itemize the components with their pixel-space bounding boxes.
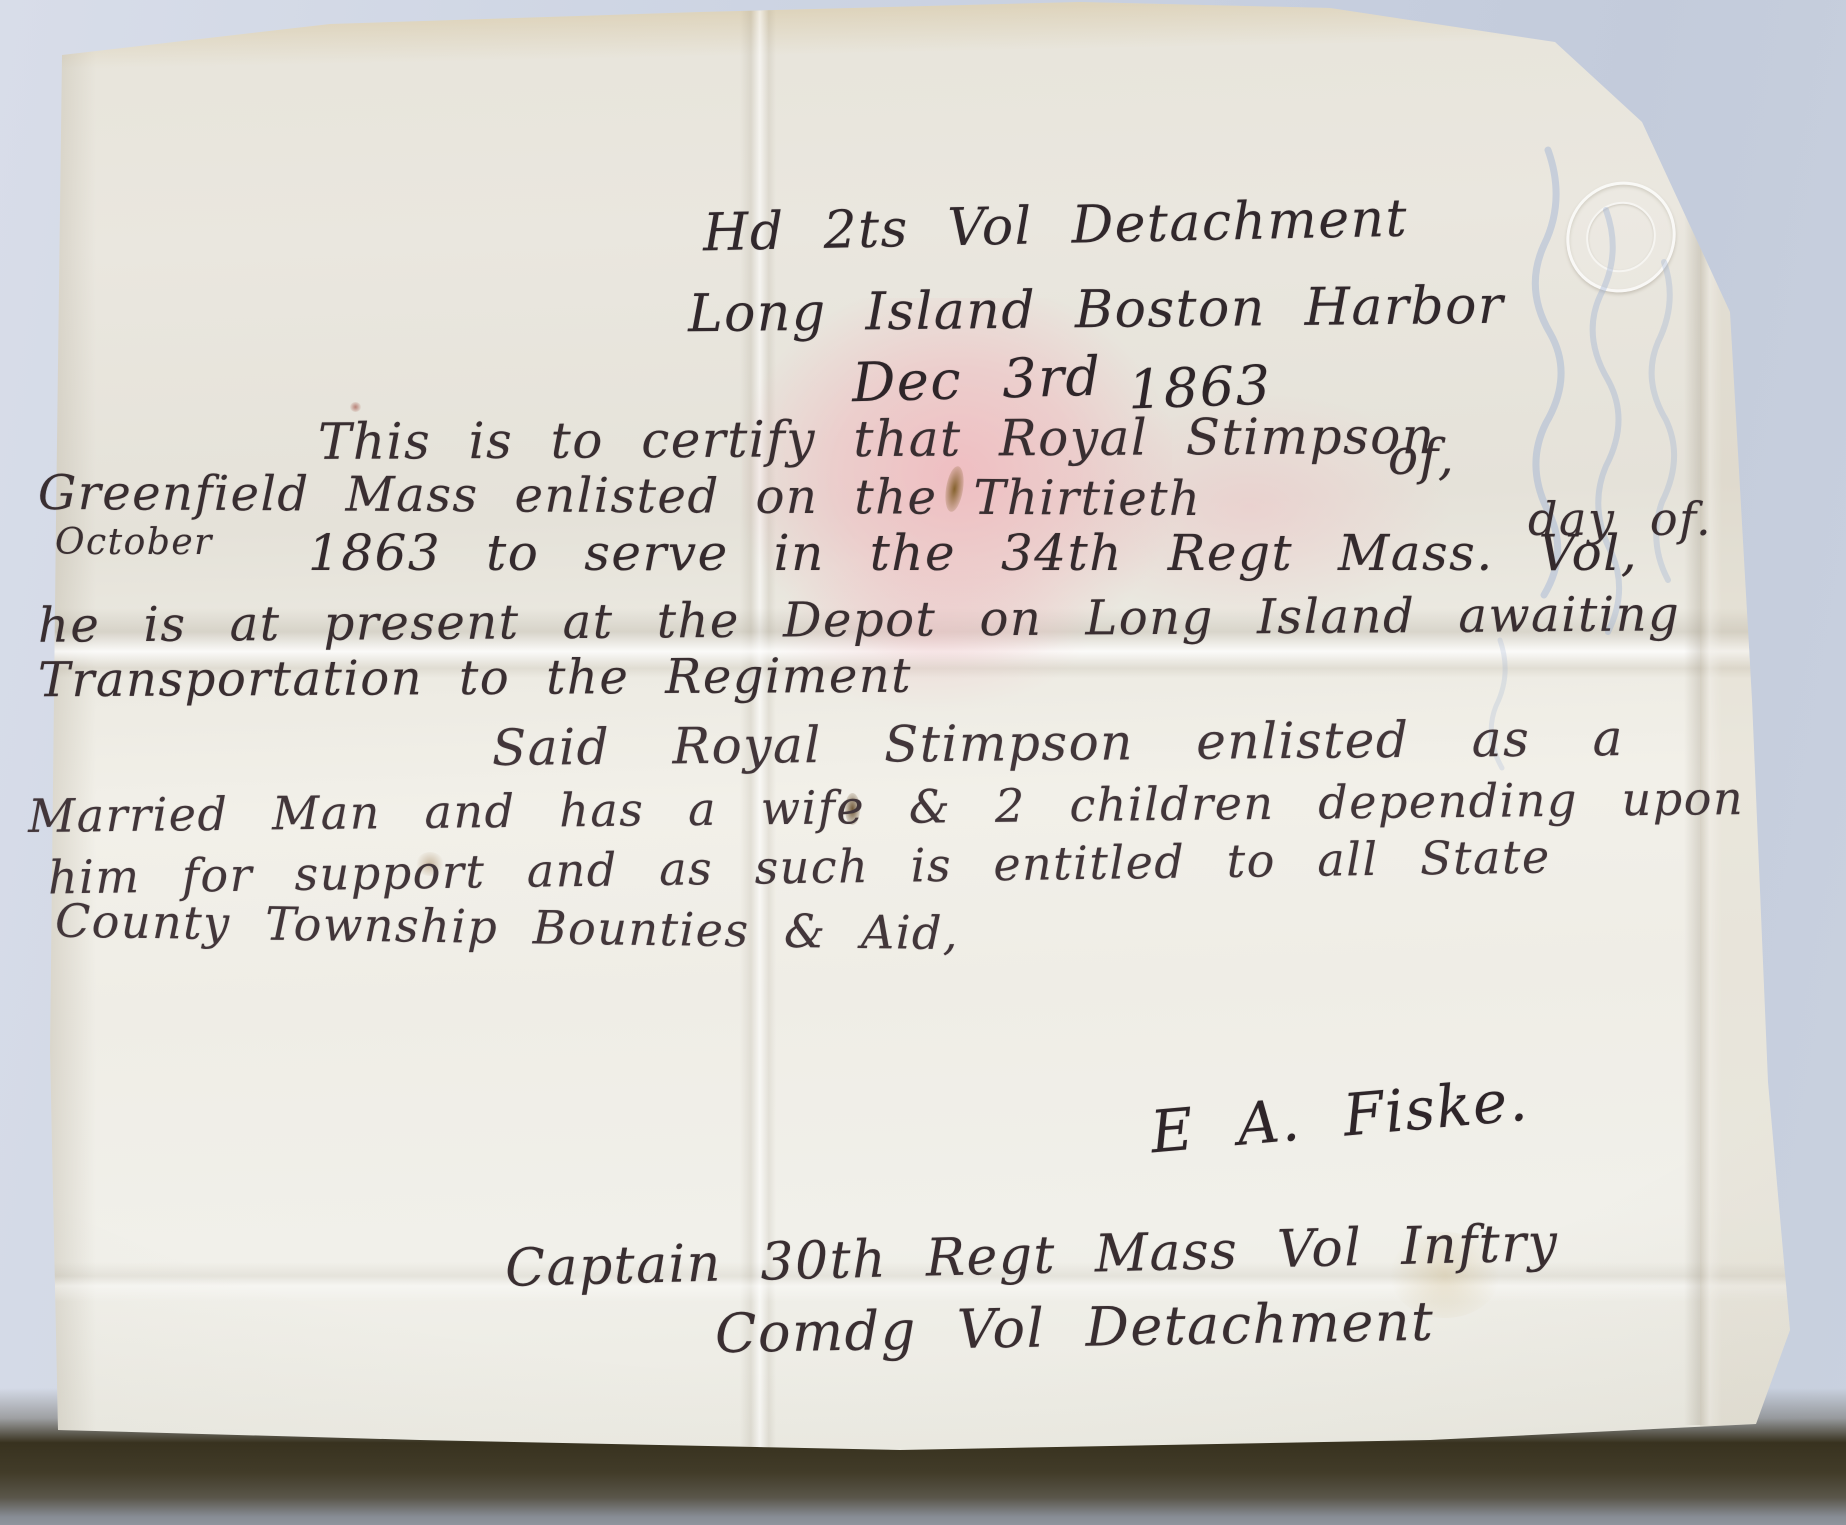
photo-of-document: Hd 2ts Vol Detachment Long Island Boston… [0,0,1846,1525]
support-line: him for support and as such is entitled … [48,830,1551,905]
month: October [55,522,213,563]
handwritten-text-layer: Hd 2ts Vol Detachment Long Island Boston… [0,0,1846,1525]
serve-line: 1863 to serve in the 34th Regt Mass. Vol… [308,524,1638,582]
date-day: Dec 3rd [851,345,1102,415]
heading-line-2: Long Island Boston Harbor [688,276,1505,345]
signature: E A. Fiske. [1148,1066,1531,1167]
certify-line: This is to certify that Royal Stimpson [318,407,1436,471]
depot-line: he is at present at the Depot on Long Is… [38,586,1681,653]
sig-title-line-1: Captain 30th Regt Mass Vol Inftry [504,1213,1559,1299]
said-line: Said Royal Stimpson enlisted as a [492,709,1624,777]
residence-line: Greenfield Mass enlisted on the Thirtiet… [38,465,1202,527]
heading-line-1: Hd 2ts Vol Detachment [702,189,1408,264]
certify-of: of, [1388,428,1455,486]
sig-title-line-2: Comdg Vol Detachment [715,1290,1435,1366]
bounties-line: County Township Bounties & Aid, [55,894,960,961]
transport-line: Transportation to the Regiment [38,648,912,709]
